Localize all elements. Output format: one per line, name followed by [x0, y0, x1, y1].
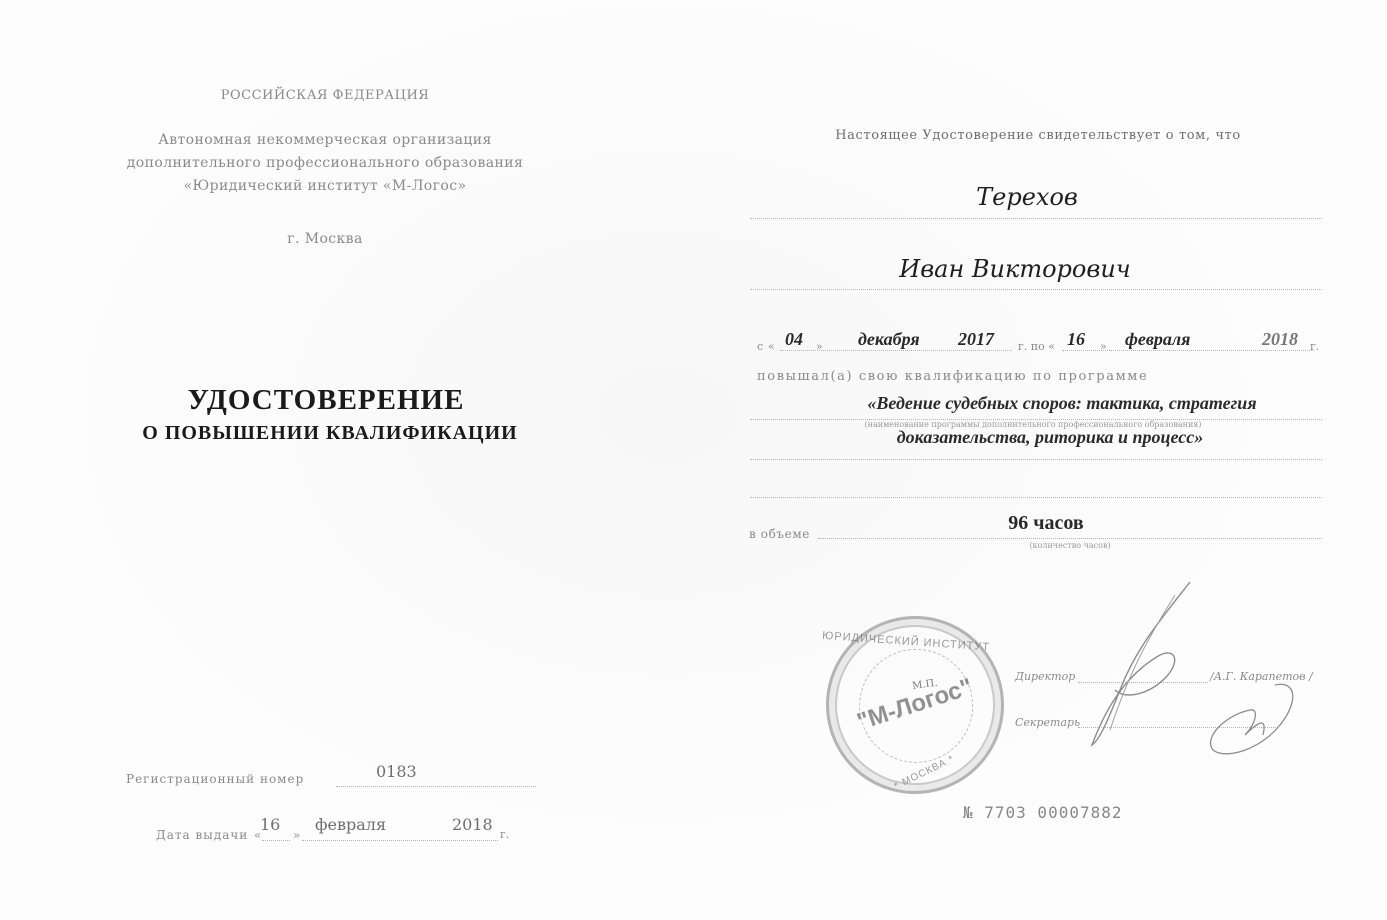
secretary-signature — [1205, 680, 1305, 760]
document-title: УДОСТОВЕРЕНИЕ — [188, 384, 465, 417]
from-day: 04 — [785, 329, 803, 350]
from-month: декабря — [858, 329, 920, 350]
org-line-2: дополнительного профессионального образо… — [127, 153, 523, 174]
certificate-spread: РОССИЙСКАЯ ФЕДЕРАЦИЯ Автономная некоммер… — [0, 0, 1387, 920]
issue-month: февраля — [315, 815, 386, 834]
to-year-suffix: г. — [1310, 340, 1319, 353]
director-signature — [1080, 580, 1200, 750]
secretary-label: Секретарь — [1015, 716, 1080, 729]
org-line-1: Автономная некоммерческая организация — [158, 130, 492, 151]
volume-value: 96 часов — [1008, 512, 1083, 535]
to-prefix: г. по « — [1018, 340, 1055, 353]
program-line-1: «Ведение судебных споров: тактика, страт… — [867, 393, 1256, 414]
city: г. Москва — [287, 229, 362, 250]
qualification-text: повышал(а) свою квалификацию по программ… — [757, 369, 1148, 384]
issue-year-suffix: г. — [500, 828, 509, 841]
to-quote-close: » — [1100, 340, 1107, 353]
volume-caption: (количество часов) — [1029, 541, 1110, 550]
volume-label: в объеме — [749, 527, 810, 541]
issue-date-label: Дата выдачи — [156, 828, 248, 842]
name-patronymic: Иван Викторович — [899, 255, 1130, 283]
reg-number-value: 0183 — [376, 762, 417, 781]
document-subtitle: О ПОВЫШЕНИИ КВАЛИФИКАЦИИ — [142, 422, 517, 445]
to-month: февраля — [1125, 329, 1190, 350]
to-year: 2018 — [1262, 329, 1298, 350]
issue-year: 2018 — [452, 815, 493, 834]
quote-close: » — [293, 828, 300, 842]
to-day: 16 — [1067, 329, 1085, 350]
reg-number-label: Регистрационный номер — [126, 772, 304, 786]
director-label: Директор — [1015, 670, 1075, 683]
serial-number: № 7703 00007882 — [963, 803, 1123, 822]
org-line-3: «Юридический институт «М-Логос» — [184, 176, 467, 197]
from-year: 2017 — [958, 329, 994, 350]
intro-text: Настоящее Удостоверение свидетельствует … — [835, 128, 1241, 143]
country-heading: РОССИЙСКАЯ ФЕДЕРАЦИЯ — [221, 88, 430, 103]
from-prefix: с « — [757, 340, 775, 353]
program-line-2: доказательства, риторика и процесс» — [897, 427, 1204, 448]
issue-day: 16 — [260, 815, 280, 834]
official-stamp: ЮРИДИЧЕСКИЙ ИНСТИТУТ М.П. "М-Логос" * МО… — [814, 604, 1015, 805]
from-quote-close: » — [816, 340, 823, 353]
surname: Терехов — [976, 183, 1078, 211]
